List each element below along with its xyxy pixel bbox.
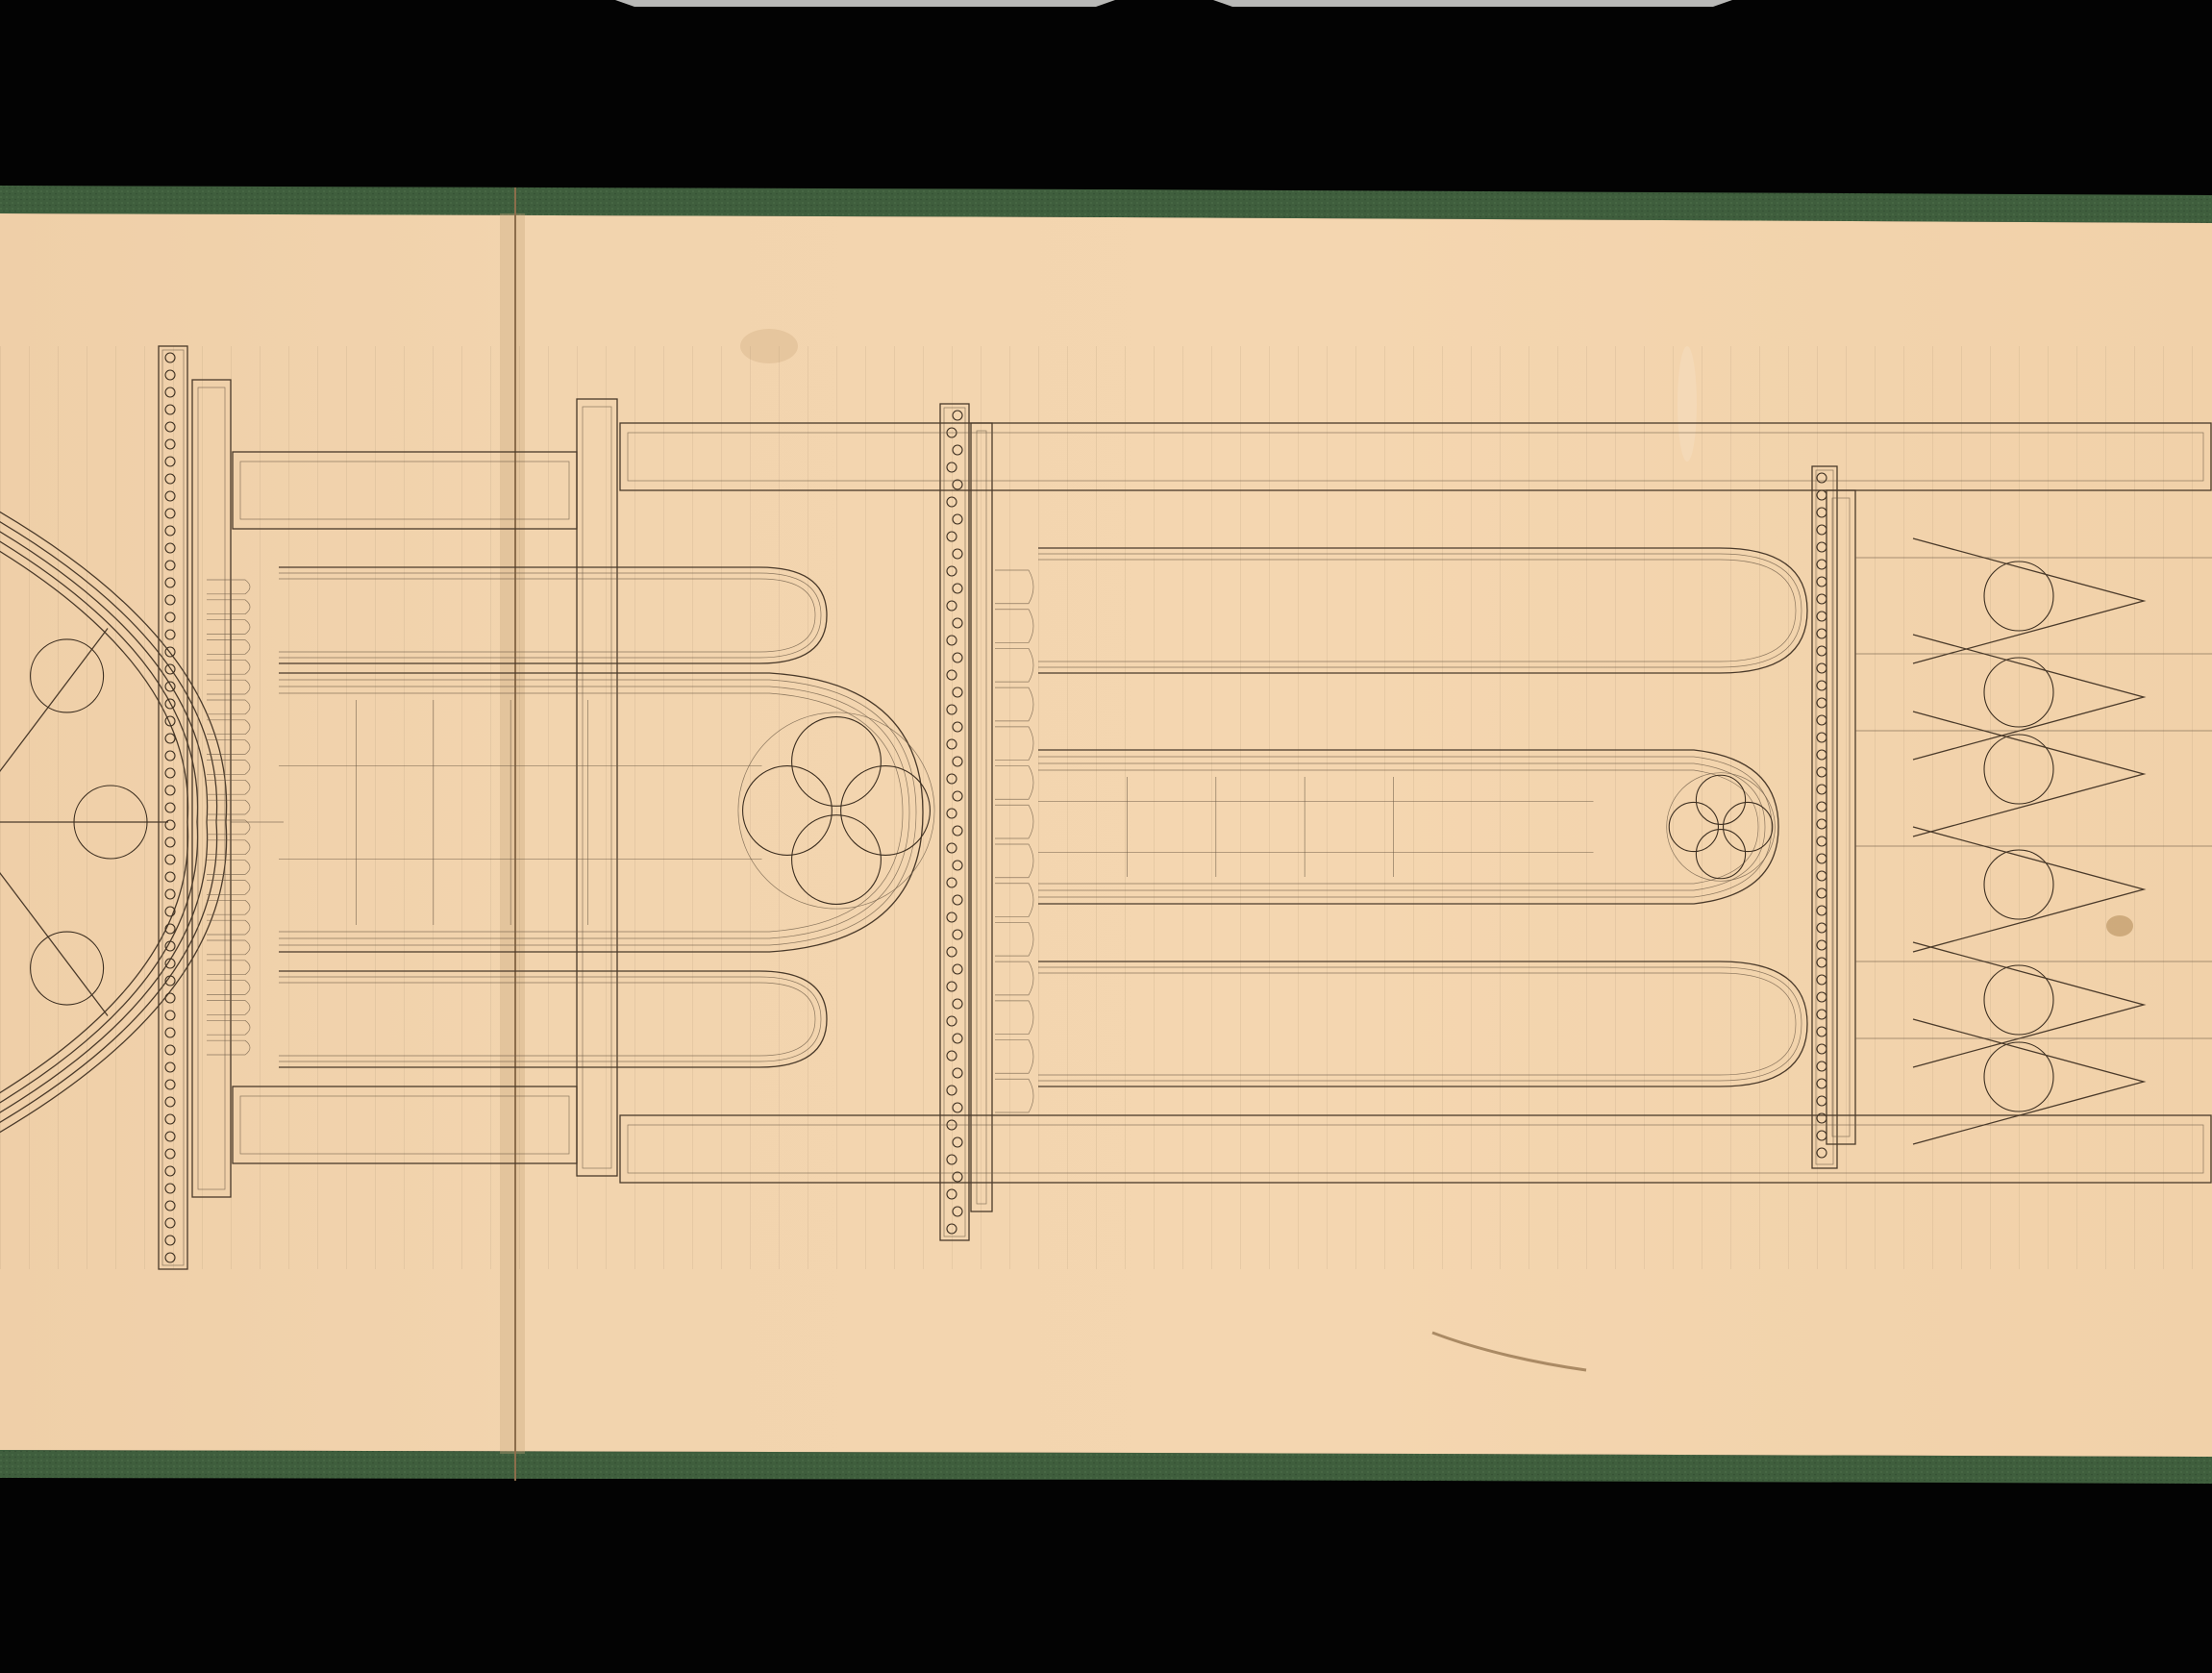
photo-scene: [0, 0, 2212, 1673]
architectural-drawing: [0, 346, 2212, 1269]
scanner-strip-segment: [615, 0, 1115, 7]
scanner-strip-segment: [1213, 0, 1732, 7]
grid-lines: [0, 346, 2212, 1269]
